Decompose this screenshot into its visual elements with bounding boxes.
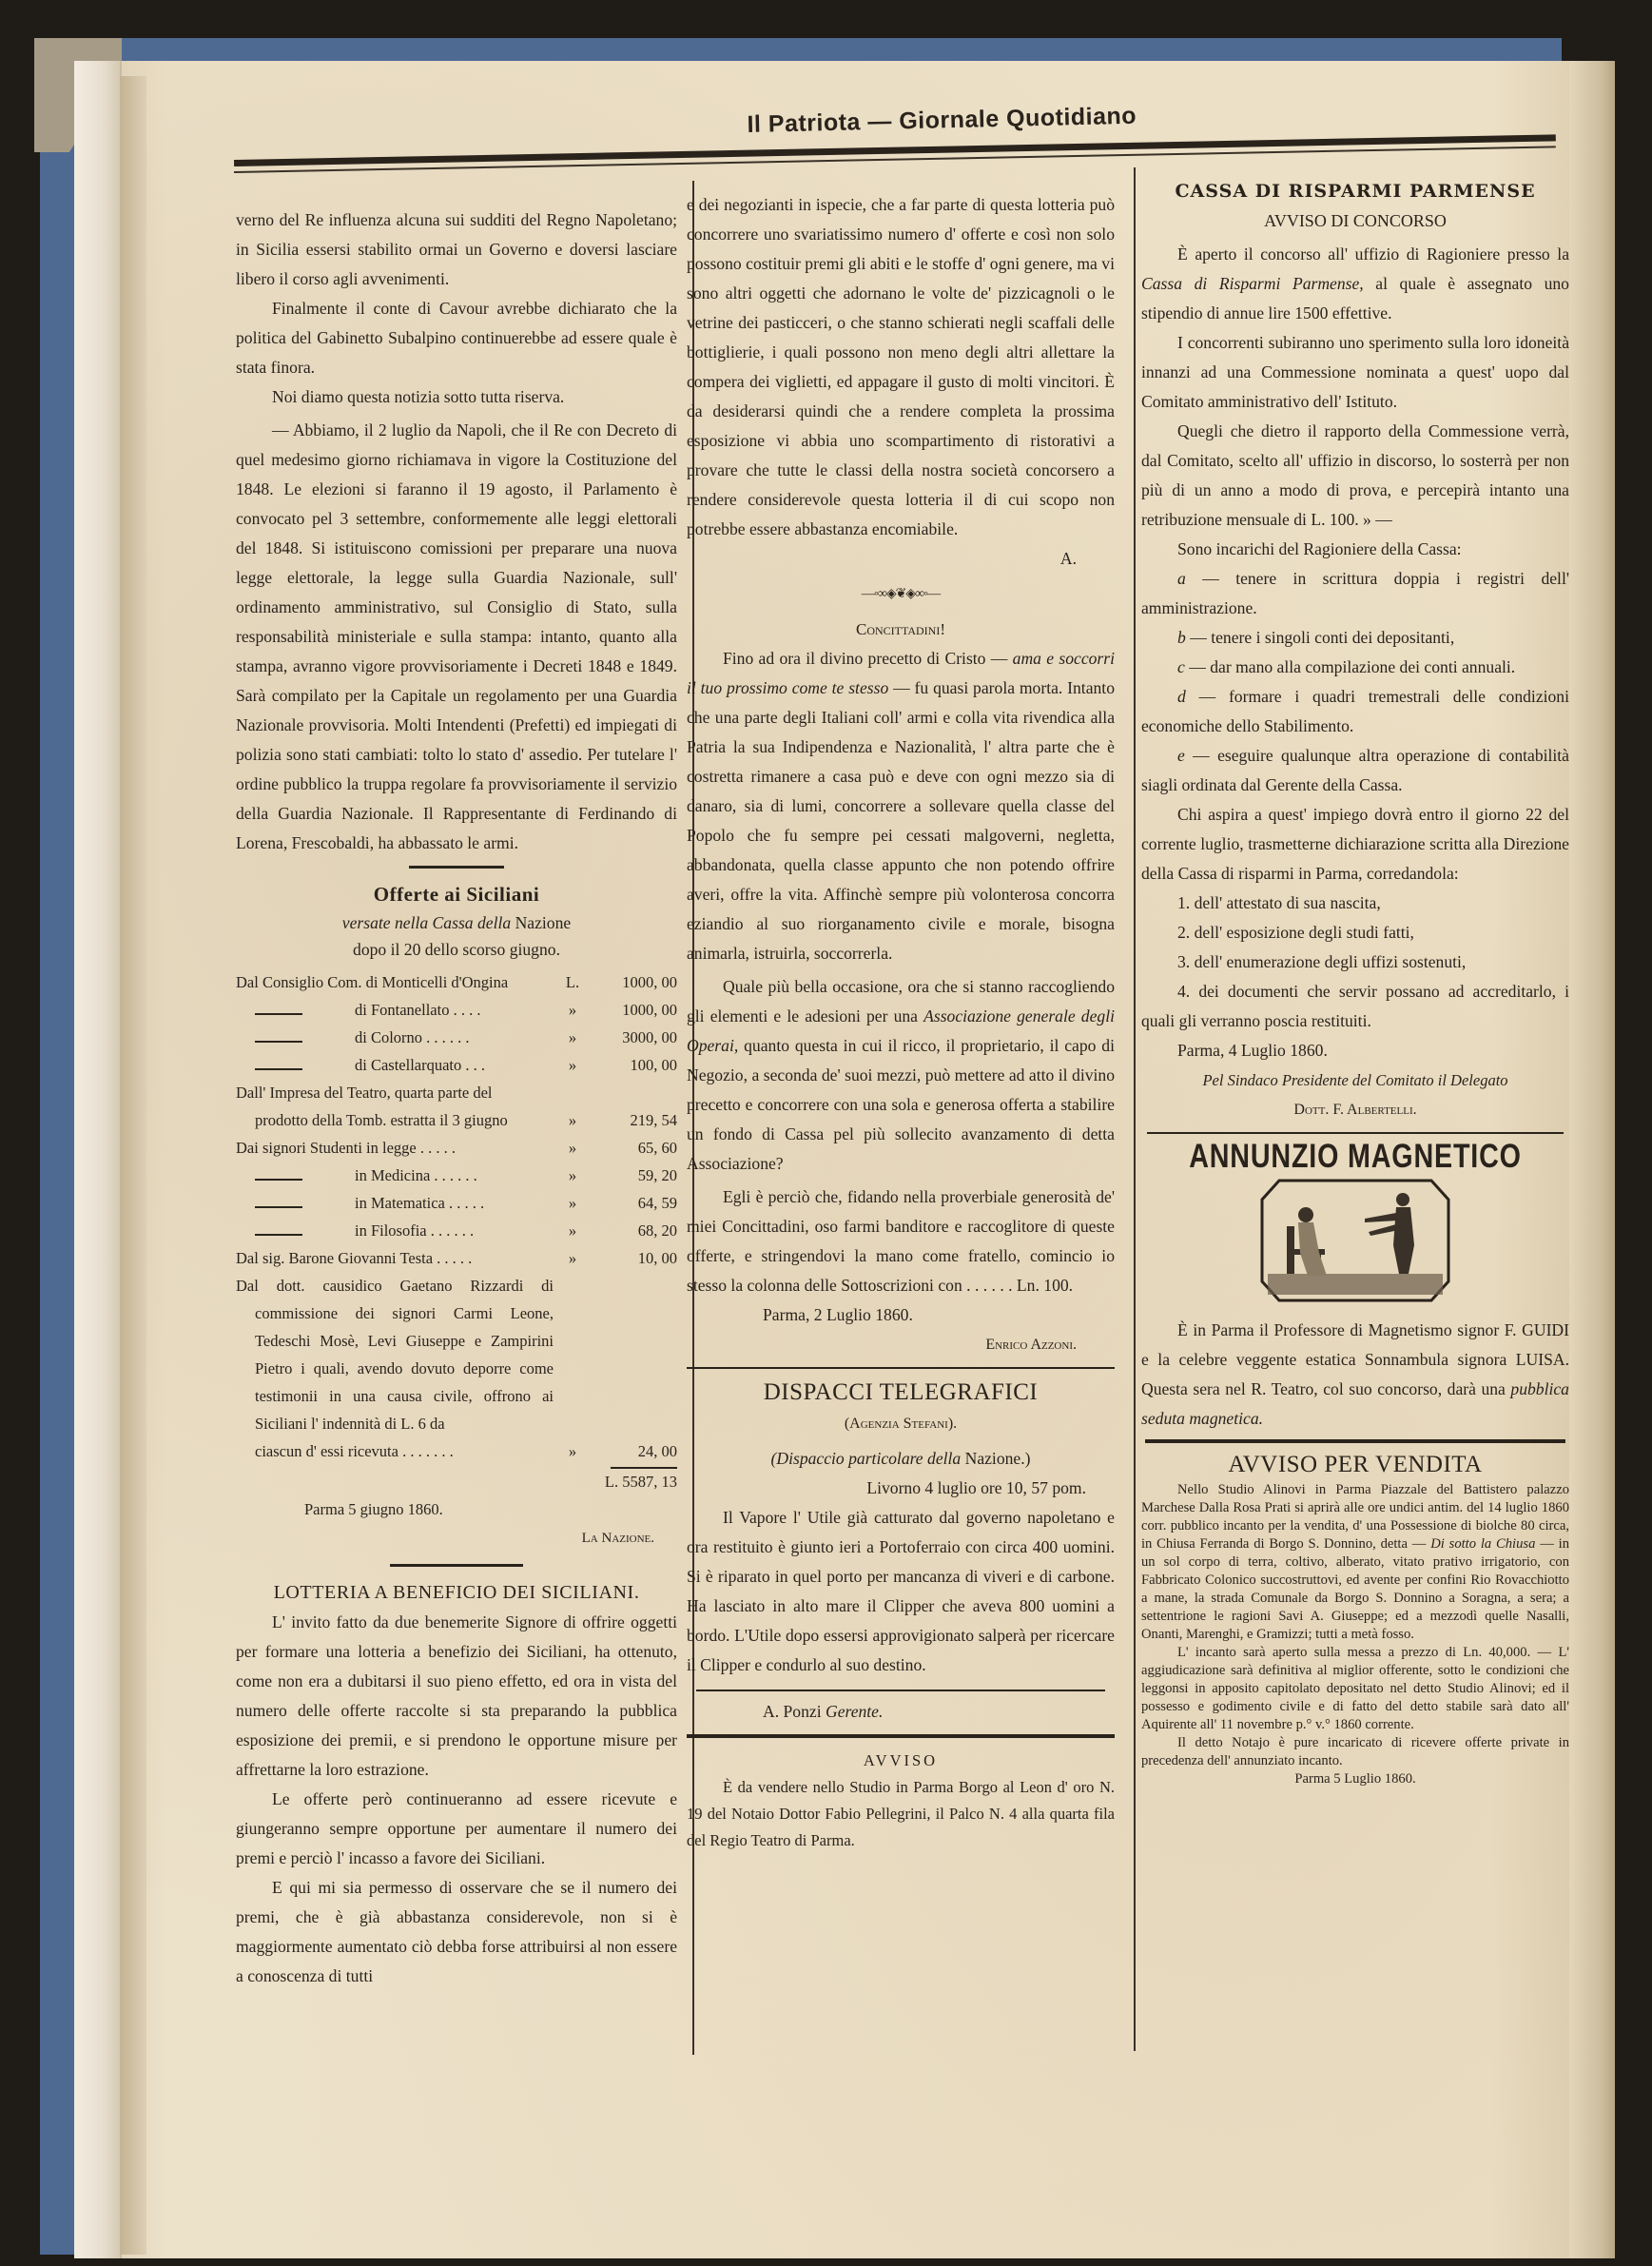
concittadini-dateline: Parma, 2 Luglio 1860. [687,1300,1115,1330]
duty-item: b — tenere i singoli conti dei depositan… [1141,623,1569,653]
magnetico-section: ANNUNZIO MAGNETICO È in Parma il Profess… [1141,1142,1569,1434]
gerente-line: A. Ponzi Gerente. [687,1697,1115,1727]
vendita-paragraph: L' incanto sarà aperto sulla messa a pre… [1141,1644,1569,1734]
avviso-title: AVVISO [687,1748,1115,1774]
ditto-dash [255,1013,302,1015]
doc-item: 4. dei documenti che servir possano ad a… [1141,977,1569,1036]
column-3: CASSA DI RISPARMI PARMENSE AVVISO DI CON… [1141,177,1569,1788]
avviso-body: È da vendere nello Studio in Parma Borgo… [687,1774,1115,1854]
offer-row: prodotto della Tomb. estratta il 3 giugn… [236,1106,677,1134]
cassa-paragraph: Sono incarichi del Ragioniere della Cass… [1141,535,1569,564]
offer-row-rizzardi: Dal dott. causidico Gaetano Rizzardi di … [236,1272,677,1465]
cassa-signer-line: Pel Sindaco Presidente del Comitato il D… [1141,1065,1569,1095]
duty-item: d — formare i quadri tremestrali delle c… [1141,682,1569,741]
ditto-dash [255,1234,302,1236]
duty-item: c — dar mano alla compilazione dei conti… [1141,653,1569,682]
news-paragraph: Noi diamo questa notizia sotto tutta ris… [236,382,677,412]
dispacci-agency: (Agenzia Stefani). [687,1409,1115,1438]
doc-item: 3. dell' enumerazione degli uffizi soste… [1141,947,1569,977]
vendita-title: AVVISO PER VENDITA [1141,1449,1569,1481]
cassa-title: CASSA DI RISPARMI PARMENSE [1141,177,1569,206]
news-paragraph: Finalmente il conte di Cavour avrebbe di… [236,294,677,382]
section-rule [696,1690,1105,1691]
section-rule [390,1564,523,1567]
concittadini-title: Concittadini! [687,615,1115,644]
offer-row: Dal Consiglio Com. di Monticelli d'Ongin… [236,968,677,996]
section-rule [1147,1132,1564,1134]
lotteria-paragraph: Le offerte però continueranno ad essere … [236,1785,677,1873]
duty-item: e — eseguire qualunque altra operazione … [1141,741,1569,800]
page-fold-shadow [1569,61,1615,2258]
cassa-signer-name: Dott. F. Albertelli. [1141,1095,1569,1124]
offer-row: Dall' Impresa del Teatro, quarta parte d… [236,1079,677,1106]
doc-item: 1. dell' attestato di sua nascita, [1141,889,1569,918]
offerte-source: La Nazione. [236,1524,677,1553]
lotteria-title: LOTTERIA A BENEFICIO DEI SICILIANI. [236,1578,677,1608]
dispacci-title: DISPACCI TELEGRAFICI [687,1377,1115,1409]
section-rule [409,866,504,869]
concittadini-section: Concittadini! Fino ad ora il divino prec… [687,615,1115,1359]
column-2: e dei negozianti in ispecie, che a far p… [687,190,1115,1854]
magnetist-engraving-icon [1260,1179,1450,1302]
dispacci-dateline: Livorno 4 luglio ore 10, 57 pom. [687,1474,1115,1503]
offer-row: Dai signori Studenti in legge . . . . .»… [236,1134,677,1162]
section-rule [1145,1439,1565,1443]
cassa-subtitle: AVVISO DI CONCORSO [1141,206,1569,236]
offer-row: di Fontanellato . . . .»1000, 00 [236,996,677,1024]
lotteria-paragraph: L' invito fatto da due benemerite Signor… [236,1608,677,1785]
section-rule [687,1367,1115,1369]
offer-row: di Colorno . . . . . .»3000, 00 [236,1024,677,1051]
cassa-section: CASSA DI RISPARMI PARMENSE AVVISO DI CON… [1141,177,1569,1124]
dispacci-section: DISPACCI TELEGRAFICI (Agenzia Stefani). … [687,1377,1115,1680]
page-stack-edge [74,61,122,2258]
offer-row: Dal sig. Barone Giovanni Testa . . . . .… [236,1244,677,1272]
cassa-paragraph: I concorrenti subiranno uno sperimento s… [1141,328,1569,417]
concittadini-signature: Enrico Azzoni. [687,1330,1115,1359]
gutter-margin [120,76,146,2255]
avviso-section: AVVISO È da vendere nello Studio in Parm… [687,1748,1115,1854]
column-1: verno del Re influenza alcuna sui suddit… [236,205,677,1991]
offerte-total: L. 5587, 13 [236,1469,677,1495]
offerte-subtitle-roman: Nazione [515,913,572,932]
lotteria-signature: A. [687,544,1115,574]
column-divider-2 [1134,167,1136,2051]
offerte-title: Offerte ai Siciliani [236,880,677,909]
news-paragraph: verno del Re influenza alcuna sui suddit… [236,205,677,294]
ditto-dash [255,1041,302,1043]
concittadini-paragraph: Egli è perciò che, fidando nella proverb… [687,1182,1115,1300]
vendita-dateline: Parma 5 Luglio 1860. [1141,1770,1569,1788]
offerte-dateline: Parma 5 giugno 1860. [236,1495,677,1524]
doc-item: 2. dell' esposizione degli studi fatti, [1141,918,1569,947]
offer-row: in Matematica . . . . .»64, 59 [236,1189,677,1217]
dispacci-body: Il Vapore l' Utile già catturato dal gov… [687,1503,1115,1680]
duty-item: a — tenere in scrittura doppia i registr… [1141,564,1569,623]
offerte-section: Offerte ai Siciliani versate nella Cassa… [236,880,677,1553]
lotteria-continuation: e dei negozianti in ispecie, che a far p… [687,190,1115,544]
offer-row: in Filosofia . . . . . .»68, 20 [236,1217,677,1244]
offerte-subtitle-italic: versate nella Cassa della [342,913,511,932]
offerte-subtitle-line2: dopo il 20 dello scorso giugno. [236,936,677,963]
vendita-section: AVVISO PER VENDITA Nello Studio Alinovi … [1141,1449,1569,1788]
lotteria-section: LOTTERIA A BENEFICIO DEI SICILIANI. L' i… [236,1578,677,1991]
lotteria-paragraph: E qui mi sia permesso di osservare che s… [236,1873,677,1991]
vendita-paragraph: Il detto Notajo è pure incaricato di ric… [1141,1734,1569,1770]
ditto-dash [255,1206,302,1208]
cassa-paragraph: Quegli che dietro il rapporto della Comm… [1141,417,1569,535]
cassa-paragraph: Chi aspira a quest' impiego dovrà entro … [1141,800,1569,889]
offer-row: di Castellarquato . . .»100, 00 [236,1051,677,1079]
cassa-dateline: Parma, 4 Luglio 1860. [1141,1036,1569,1065]
ditto-dash [255,1068,302,1070]
magnetico-title: ANNUNZIO MAGNETICO [1180,1142,1531,1171]
ornament-divider: —◦∞◈❦◈∞◦— [687,579,1115,609]
ditto-dash [255,1179,302,1181]
section-rule [687,1734,1115,1738]
news-paragraph: — Abbiamo, il 2 luglio da Napoli, che il… [236,416,677,858]
offer-row: in Medicina . . . . . .»59, 20 [236,1162,677,1189]
